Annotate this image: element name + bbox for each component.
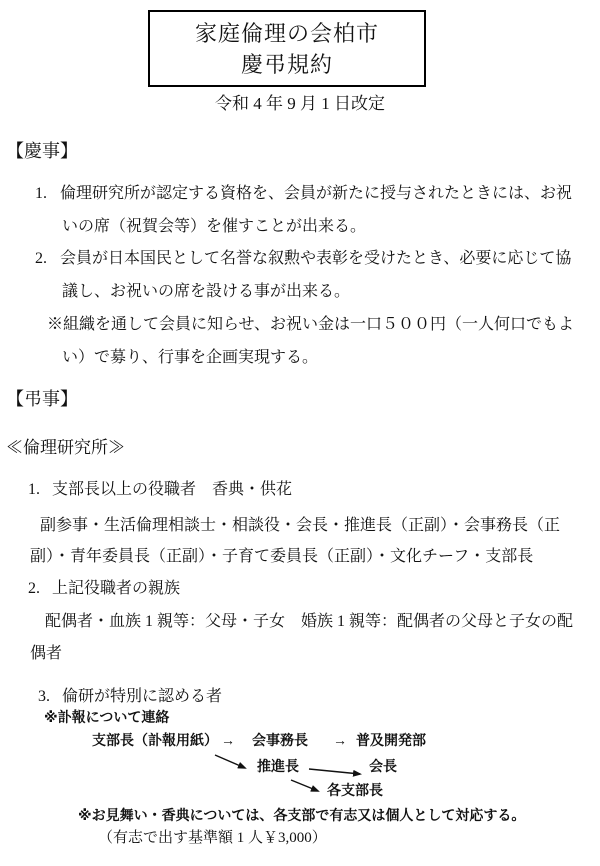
choji-item-2-title: 上記役職者の親族 xyxy=(52,579,180,599)
choji-item-2-number: 2. xyxy=(28,579,40,599)
title-box: 家庭倫理の会柏市 慶弔規約 xyxy=(148,10,426,87)
keiji-item-1-line-1: 倫理研究所が認定する資格を、会員が新たに授与されたときには、お祝 xyxy=(60,184,572,204)
flow-arrow-diagonal-2 xyxy=(291,780,318,791)
standard-amount-note: （有志で出す基準額 1 人￥3,000） xyxy=(98,829,327,848)
keiji-item-2-line-1: 会員が日本国民として名誉な叙勲や表彰を受けたとき、必要に応じて協 xyxy=(60,249,571,269)
choji-item-1-number: 1. xyxy=(28,480,40,500)
flow-node-development-dept: 普及開発部 xyxy=(356,732,426,750)
keiji-item-1-line-2: いの席（祝賀会等）を催すことが出来る。 xyxy=(62,217,366,237)
flow-arrow-diagonal-1 xyxy=(215,755,245,768)
keiji-item-2-number: 2. xyxy=(35,249,47,269)
choji-item-3-title: 倫研が特別に認める者 xyxy=(62,687,222,707)
flow-node-promotion-chief: 推進長 xyxy=(257,758,299,776)
choji-item-1-title: 支部長以上の役職者 香典・供花 xyxy=(52,480,292,500)
flow-node-each-branch-chief: 各支部長 xyxy=(327,782,383,800)
choji-item-3-number: 3. xyxy=(38,687,50,707)
choji-org-subheading: ≪倫理研究所≫ xyxy=(6,437,125,458)
arrow-right-icon: → xyxy=(221,732,235,750)
keiji-note-line-2: い）で募り、行事を企画実現する。 xyxy=(62,348,318,368)
doc-title-line-1: 家庭倫理の会柏市 xyxy=(195,18,379,49)
flow-node-branch-chief: 支部長（訃報用紙） xyxy=(92,732,218,750)
choji-item-1-detail-line-2: 副）・青年委員長（正副）・子育て委員長（正副）・文化チーフ・支部長 xyxy=(30,547,533,567)
choji-item-1-detail-line-1: 副参事・生活倫理相談士・相談役・会長・推進長（正副）・会事務長（正 xyxy=(40,516,560,536)
flow-node-president: 会長 xyxy=(369,758,397,776)
choji-item-2-detail-line-1: 配偶者・血族 1 親等：父母・子女 婚族 1 親等：配偶者の父母と子女の配 xyxy=(45,612,573,632)
document-page: 家庭倫理の会柏市 慶弔規約 令和 4 年 9 月 1 日改定 【慶事】 1. 倫… xyxy=(0,0,600,866)
keiji-note-line-1: ※組織を通して会員に知らせ、お祝い金は一口５００円（一人何口でもよ xyxy=(47,315,574,335)
condolence-money-note: ※お見舞い・香典については、各支部で有志又は個人として対応する。 xyxy=(78,807,525,825)
revision-date: 令和 4 年 9 月 1 日改定 xyxy=(0,89,600,114)
flow-arrow-horizontal xyxy=(309,769,360,774)
keiji-item-2-line-2: 議し、お祝いの席を設ける事が出来る。 xyxy=(62,282,350,302)
flow-node-office-manager: 会事務長 xyxy=(252,732,308,750)
section-keiji-heading: 【慶事】 xyxy=(6,140,78,163)
keiji-item-1-number: 1. xyxy=(35,184,47,204)
choji-item-2-detail-line-2: 偶者 xyxy=(30,644,62,664)
doc-title-line-2: 慶弔規約 xyxy=(241,49,333,80)
section-choji-heading: 【弔事】 xyxy=(6,388,78,411)
arrow-right-icon: → xyxy=(333,732,347,750)
fuho-notice-heading: ※訃報について連絡 xyxy=(44,709,169,727)
